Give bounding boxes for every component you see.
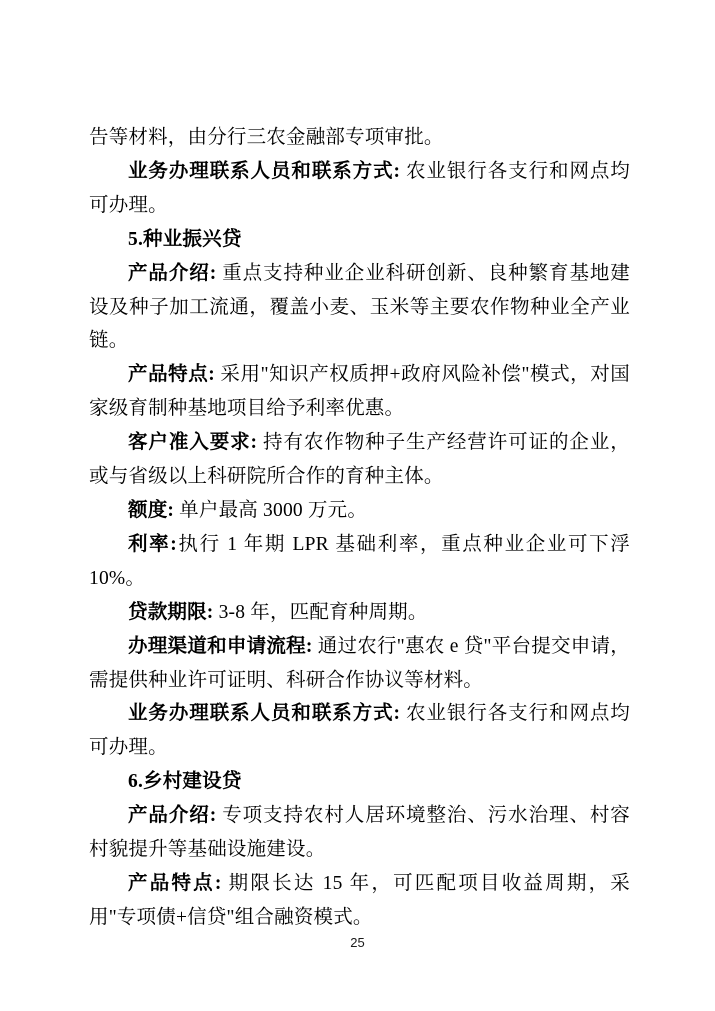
paragraph: 告等材料，由分行三农金融部专项审批。 xyxy=(89,121,630,155)
field-label: 利率: xyxy=(128,534,177,555)
page-footer: 25 xyxy=(0,934,715,952)
field-label: 业务办理联系人员和联系方式: xyxy=(128,703,400,724)
paragraph: 产品特点: 采用"知识产权质押+政府风险补偿"模式，对国家级育制种基地项目给予利… xyxy=(89,358,630,426)
paragraph-text: 3-8 年，匹配育种周期。 xyxy=(214,602,428,623)
paragraph-text: 告等材料，由分行三农金融部专项审批。 xyxy=(89,127,444,148)
paragraph: 额度: 单户最高 3000 万元。 xyxy=(89,494,630,528)
section-heading: 6.乡村建设贷 xyxy=(89,765,630,799)
paragraph: 业务办理联系人员和联系方式: 农业银行各支行和网点均可办理。 xyxy=(89,155,630,223)
document-page: 告等材料，由分行三农金融部专项审批。业务办理联系人员和联系方式: 农业银行各支行… xyxy=(0,0,715,1011)
field-label: 5.种业振兴贷 xyxy=(128,229,242,250)
field-label: 6.乡村建设贷 xyxy=(128,771,242,792)
paragraph: 贷款期限: 3-8 年，匹配育种周期。 xyxy=(89,596,630,630)
paragraph: 利率:执行 1 年期 LPR 基础利率，重点种业企业可下浮 10%。 xyxy=(89,528,630,596)
paragraph: 产品特点: 期限长达 15 年，可匹配项目收益周期，采用"专项债+信贷"组合融资… xyxy=(89,867,630,935)
field-label: 贷款期限: xyxy=(128,602,214,623)
paragraph: 业务办理联系人员和联系方式: 农业银行各支行和网点均可办理。 xyxy=(89,697,630,765)
paragraph: 办理渠道和申请流程: 通过农行"惠农 e 贷"平台提交申请，需提供种业许可证明、… xyxy=(89,630,630,698)
field-label: 额度: xyxy=(128,500,174,521)
field-label: 产品特点: xyxy=(128,364,215,385)
field-label: 客户准入要求: xyxy=(128,432,257,453)
paragraph: 产品介绍: 专项支持农村人居环境整治、污水治理、村容村貌提升等基础设施建设。 xyxy=(89,799,630,867)
paragraph-text: 单户最高 3000 万元。 xyxy=(174,500,367,521)
section-heading: 5.种业振兴贷 xyxy=(89,223,630,257)
field-label: 产品特点: xyxy=(128,873,222,894)
field-label: 产品介绍: xyxy=(128,805,216,826)
paragraph: 产品介绍: 重点支持种业企业科研创新、良种繁育基地建设及种子加工流通，覆盖小麦、… xyxy=(89,257,630,359)
field-label: 产品介绍: xyxy=(128,263,216,284)
field-label: 办理渠道和申请流程: xyxy=(128,636,313,657)
document-body: 告等材料，由分行三农金融部专项审批。业务办理联系人员和联系方式: 农业银行各支行… xyxy=(89,121,630,935)
page-number: 25 xyxy=(350,935,364,950)
field-label: 业务办理联系人员和联系方式: xyxy=(128,161,400,182)
paragraph: 客户准入要求: 持有农作物种子生产经营许可证的企业，或与省级以上科研院所合作的育… xyxy=(89,426,630,494)
